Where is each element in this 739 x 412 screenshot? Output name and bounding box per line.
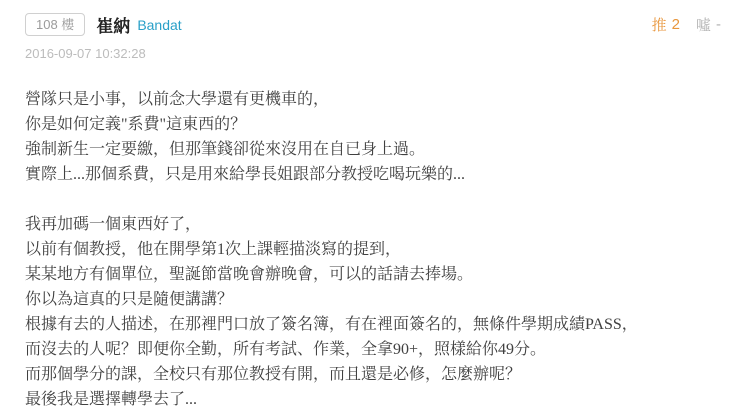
content-line: 而那個學分的課，全校只有那位教授有開，而且還是必修，怎麼辦呢？: [25, 362, 721, 387]
push-count: 2: [672, 16, 680, 33]
content-line: 營隊只是小事，以前念大學還有更機車的，: [25, 87, 721, 112]
floor-number-badge[interactable]: 108 樓: [25, 13, 85, 36]
content-line: 你是如何定義"系費"這東西的？: [25, 112, 721, 137]
post-timestamp: 2016-09-07 10:32:28: [25, 46, 721, 61]
post-content: 營隊只是小事，以前念大學還有更機車的， 你是如何定義"系費"這東西的？ 強制新生…: [25, 87, 721, 412]
forum-post: 108 樓 崔納 Bandat 推 2 噓 - 2016-09-07 10:32…: [0, 0, 739, 412]
content-line: 我再加碼一個東西好了，: [25, 212, 721, 237]
post-header-left: 108 樓 崔納 Bandat: [25, 12, 182, 37]
boo-button[interactable]: 噓: [696, 14, 711, 35]
content-line: 實際上...那個系費，只是用來給學長姐跟部分教授吃喝玩樂的...: [25, 162, 721, 187]
content-line: 根據有去的人描述，在那裡門口放了簽名簿，有在裡面簽名的，無條件學期成績PASS，: [25, 312, 721, 337]
push-button[interactable]: 推: [652, 14, 667, 35]
boo-count: -: [716, 16, 721, 33]
content-line-blank: [25, 187, 721, 212]
content-line: 強制新生一定要繳，但那筆錢卻從來沒用在自已身上過。: [25, 137, 721, 162]
content-line: 以前有個教授，他在開學第1次上課輕描淡寫的提到，: [25, 237, 721, 262]
author-username[interactable]: 崔納: [96, 12, 130, 37]
content-line: 某某地方有個單位，聖誕節當晚會辦晚會，可以的話請去捧場。: [25, 262, 721, 287]
content-line: 你以為這真的只是隨便講講？: [25, 287, 721, 312]
content-line: 而沒去的人呢？即便你全勤，所有考試、作業，全拿90+，照樣給你49分。: [25, 337, 721, 362]
author-user-id[interactable]: Bandat: [137, 17, 181, 33]
vote-area: 推 2 噓 -: [652, 14, 721, 35]
post-header: 108 樓 崔納 Bandat 推 2 噓 -: [25, 12, 721, 37]
content-line: 最後我是選擇轉學去了...: [25, 387, 721, 412]
